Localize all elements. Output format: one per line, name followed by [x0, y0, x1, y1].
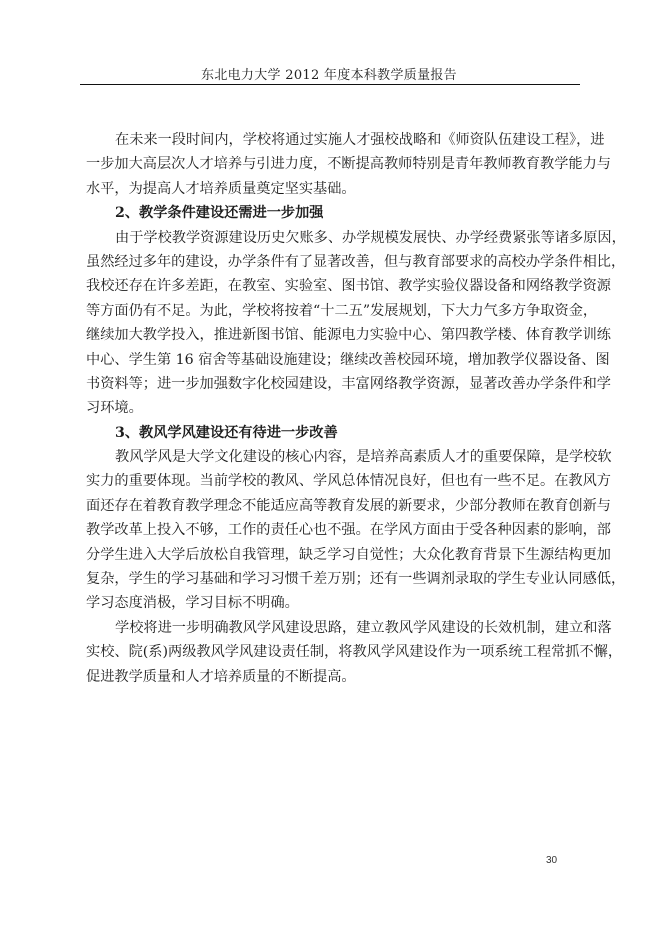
paragraph-line: 一步加大高层次人才培养与引进力度，不断提高教师特别是青年教师教育教学能力与 [86, 152, 576, 176]
paragraph-line: 由于学校教学资源建设历史欠账多、办学规模发展快、办学经费紧张等诸多原因， [86, 226, 576, 250]
paragraph-line: 在未来一段时间内，学校将通过实施人才强校战略和《师资队伍建设工程》，进 [86, 128, 576, 152]
running-header-title: 东北电力大学 2012 年度本科教学质量报告 [0, 64, 658, 83]
paragraph-line: 促进教学质量和人才培养质量的不断提高。 [86, 665, 576, 689]
page-number: 30 [546, 855, 557, 866]
paragraph-line: 我校还存在许多差距，在教室、实验室、图书馆、教学实验仪器设备和网络教学资源 [86, 274, 576, 298]
paragraph-line: 教风学风是大学文化建设的核心内容，是培养高素质人才的重要保障，是学校软 [86, 445, 576, 469]
section-heading: 3、教风学风建设还有待进一步改善 [86, 421, 576, 445]
paragraph-line: 面还存在着教育教学理念不能适应高等教育发展的新要求，少部分教师在教育创新与 [86, 494, 576, 518]
section-heading: 2、教学条件建设还需进一步加强 [86, 201, 576, 225]
paragraph-line: 水平，为提高人才培养质量奠定坚实基础。 [86, 177, 576, 201]
header-divider [80, 84, 580, 85]
paragraph-line: 复杂，学生的学习基础和学习习惯千差万别；还有一些调剂录取的学生专业认同感低， [86, 567, 576, 591]
paragraph-line: 习环境。 [86, 396, 576, 420]
paragraph-line: 虽然经过多年的建设，办学条件有了显著改善，但与教育部要求的高校办学条件相比， [86, 250, 576, 274]
paragraph-line: 实力的重要体现。当前学校的教风、学风总体情况良好，但也有一些不足。在教风方 [86, 469, 576, 493]
paragraph-line: 书资料等；进一步加强数字化校园建设，丰富网络教学资源，显著改善办学条件和学 [86, 372, 576, 396]
document-page: 东北电力大学 2012 年度本科教学质量报告 在未来一段时间内，学校将通过实施人… [0, 0, 658, 931]
body-text: 在未来一段时间内，学校将通过实施人才强校战略和《师资队伍建设工程》，进 一步加大… [86, 128, 576, 689]
paragraph-line: 教学改革上投入不够，工作的责任心也不强。在学风方面由于受各种因素的影响，部 [86, 518, 576, 542]
paragraph-line: 学校将进一步明确教风学风建设思路，建立教风学风建设的长效机制，建立和落 [86, 616, 576, 640]
paragraph-line: 等方面仍有不足。为此，学校将按着“十二五”发展规划，下大力气多方争取资金， [86, 299, 576, 323]
paragraph-line: 学习态度消极，学习目标不明确。 [86, 591, 576, 615]
paragraph-line: 实校、院(系)两级教风学风建设责任制，将教风学风建设作为一项系统工程常抓不懈， [86, 640, 576, 664]
paragraph-line: 中心、学生第 16 宿舍等基础设施建设；继续改善校园环境，增加教学仪器设备、图 [86, 348, 576, 372]
paragraph-line: 继续加大教学投入，推进新图书馆、能源电力实验中心、第四教学楼、体育教学训练 [86, 323, 576, 347]
paragraph-line: 分学生进入大学后放松自我管理，缺乏学习自觉性；大众化教育背景下生源结构更加 [86, 543, 576, 567]
